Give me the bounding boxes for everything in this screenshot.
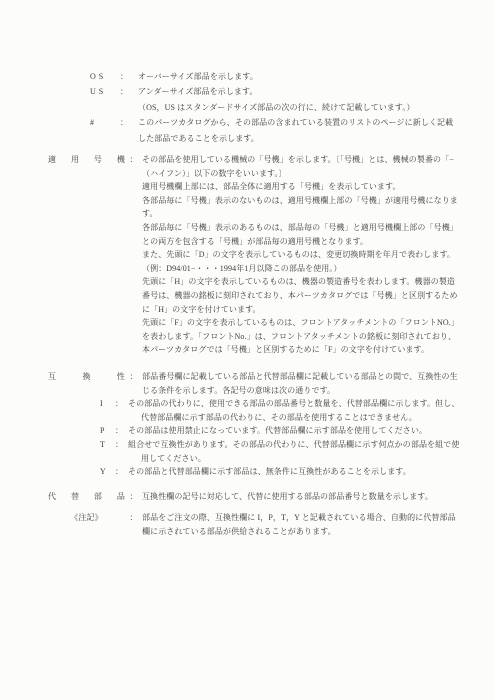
note-section: 《注記》 ： 部品をご注文の際、互換性欄に I，P，T，Y と記載されている場合…: [0, 511, 495, 538]
symbol-us: US: [90, 84, 120, 99]
applicability-paragraph: また、先頭に「D」の文字を表示しているものは、変更切換時期を年月で表わします。: [142, 248, 461, 262]
legend-row-hash: # ： このパーツカタログから、その部品の含まれている装置のリストのページに新し…: [0, 115, 495, 146]
term-substitute-parts: 代替部品: [48, 490, 125, 504]
colon-separator: ：: [125, 153, 142, 357]
compatibility-item-y: Y ： その部品と代替部品欄に示す部品は、無条件に互換性があることを示します。: [0, 465, 495, 479]
symbol-y: Y: [100, 465, 115, 479]
scanned-catalog-legend-page: OS ： オーバーサイズ部品を示します。 US ： アンダーサイズ部品を示します…: [0, 0, 495, 700]
symbol-t: T: [100, 438, 115, 465]
compatibility-intro: 部品番号欄に記載している部品と代替部品欄に記載している部品との間で、互換性の生じ…: [142, 370, 461, 397]
compatibility-section: 互換性 ： 部品番号欄に記載している部品と代替部品欄に記載している部品との間で、…: [0, 370, 495, 479]
applicability-paragraph: 先頭に「F」の文字を表示しているものは、フロントアタッチメントの「フロントNO.…: [142, 316, 461, 357]
compatibility-item-i-text: その部品の代わりに、使用できる部品の部品番号と数量を、代替部品欄に示します。但し…: [128, 397, 461, 424]
applicability-body: その部品を使用している機械の「号機」を示します。〔「号機」とは、機械の製番の「−…: [142, 153, 461, 357]
applicability-paragraph: 各部品毎に「号機」表示のあるものは、部品毎の「号機」と適用号機欄上部の「号機」と…: [142, 221, 461, 248]
term-note: 《注記》: [48, 511, 125, 538]
term-compatibility: 互換性: [48, 370, 125, 397]
legend-text-os: オーバーサイズ部品を示します。: [138, 69, 459, 84]
symbol-hash: #: [90, 115, 120, 146]
empty-symbol-cell: [90, 100, 120, 115]
compatibility-body: 部品番号欄に記載している部品と代替部品欄に記載している部品との間で、互換性の生じ…: [142, 370, 461, 397]
symbol-legend-section: OS ： オーバーサイズ部品を示します。 US ： アンダーサイズ部品を示します…: [0, 69, 495, 146]
applicability-paragraph: 適用号機欄上部には、部品全体に適用する「号機」を表示しています。: [142, 180, 461, 194]
applicability-example: （例：D94/01−・・・1994年1月以降この部品を使用。）: [142, 262, 461, 276]
colon-separator: ：: [115, 465, 128, 479]
compatibility-item-t-text: 組合せで互換性があります。その部品の代わりに、代替部品欄に示す何点かの部品を組で…: [128, 438, 461, 465]
compatibility-item-i: I ： その部品の代わりに、使用できる部品の部品番号と数量を、代替部品欄に示しま…: [0, 397, 495, 424]
compatibility-item-t: T ： 組合せで互換性があります。その部品の代わりに、代替部品欄に示す何点かの部…: [0, 438, 495, 465]
compatibility-item-p: P ： その部品は使用禁止になっています。代替部品欄に示す部品を使用してください…: [0, 424, 495, 438]
colon-separator: ：: [115, 424, 128, 438]
colon-separator: ：: [120, 84, 138, 99]
substitute-parts-body: 互換性欄の記号に対応して、代替に使用する部品の部品番号と数量を示します。: [142, 490, 461, 504]
compatibility-header-row: 互換性 ： 部品番号欄に記載している部品と代替部品欄に記載している部品との間で、…: [0, 370, 495, 397]
symbol-i: I: [100, 397, 115, 424]
colon-separator: ：: [120, 115, 138, 146]
symbol-os: OS: [90, 69, 120, 84]
term-applicable-serial: 適用号機: [48, 153, 125, 357]
legend-row-os: OS ： オーバーサイズ部品を示します。: [0, 69, 495, 84]
substitute-parts-text: 互換性欄の記号に対応して、代替に使用する部品の部品番号と数量を示します。: [142, 490, 461, 504]
compatibility-item-y-text: その部品と代替部品欄に示す部品は、無条件に互換性があることを示します。: [128, 465, 461, 479]
colon-separator: ：: [115, 438, 128, 465]
note-text: 部品をご注文の際、互換性欄に I，P，T，Y と記載されている場合、自動的に代替…: [142, 511, 461, 538]
compatibility-item-p-text: その部品は使用禁止になっています。代替部品欄に示す部品を使用してください。: [128, 424, 461, 438]
applicability-paragraph: その部品を使用している機械の「号機」を示します。〔「号機」とは、機械の製番の「−…: [142, 153, 461, 180]
colon-separator: ：: [125, 511, 142, 538]
legend-text-hash: このパーツカタログから、その部品の含まれている装置のリストのページに新しく記載し…: [138, 115, 459, 146]
substitute-parts-section: 代替部品 ： 互換性欄の記号に対応して、代替に使用する部品の部品番号と数量を示し…: [0, 490, 495, 504]
symbol-p: P: [100, 424, 115, 438]
colon-separator: ：: [115, 397, 128, 424]
legend-row-us: US ： アンダーサイズ部品を示します。: [0, 84, 495, 99]
colon-separator: ：: [125, 370, 142, 397]
page-content: OS ： オーバーサイズ部品を示します。 US ： アンダーサイズ部品を示します…: [0, 0, 495, 538]
applicability-paragraph: 各部品毎に「号機」表示のないものは、適用号機欄上部の「号機」が適用号機になります…: [142, 194, 461, 221]
empty-colon-cell: [120, 100, 138, 115]
applicability-section: 適用号機 ： その部品を使用している機械の「号機」を示します。〔「号機」とは、機…: [0, 153, 495, 357]
legend-text-us: アンダーサイズ部品を示します。: [138, 84, 459, 99]
colon-separator: ：: [120, 69, 138, 84]
legend-sizes-note: （OS，US はスタンダードサイズ部品の次の行に、続けて記載しています。）: [138, 100, 459, 115]
applicability-paragraph: 先頭に「H」の文字を表示しているものは、機器の製造番号を表わします。機器の製造番…: [142, 275, 461, 316]
colon-separator: ：: [125, 490, 142, 504]
legend-row-sizes-note: （OS，US はスタンダードサイズ部品の次の行に、続けて記載しています。）: [0, 100, 495, 115]
note-body: 部品をご注文の際、互換性欄に I，P，T，Y と記載されている場合、自動的に代替…: [142, 511, 461, 538]
